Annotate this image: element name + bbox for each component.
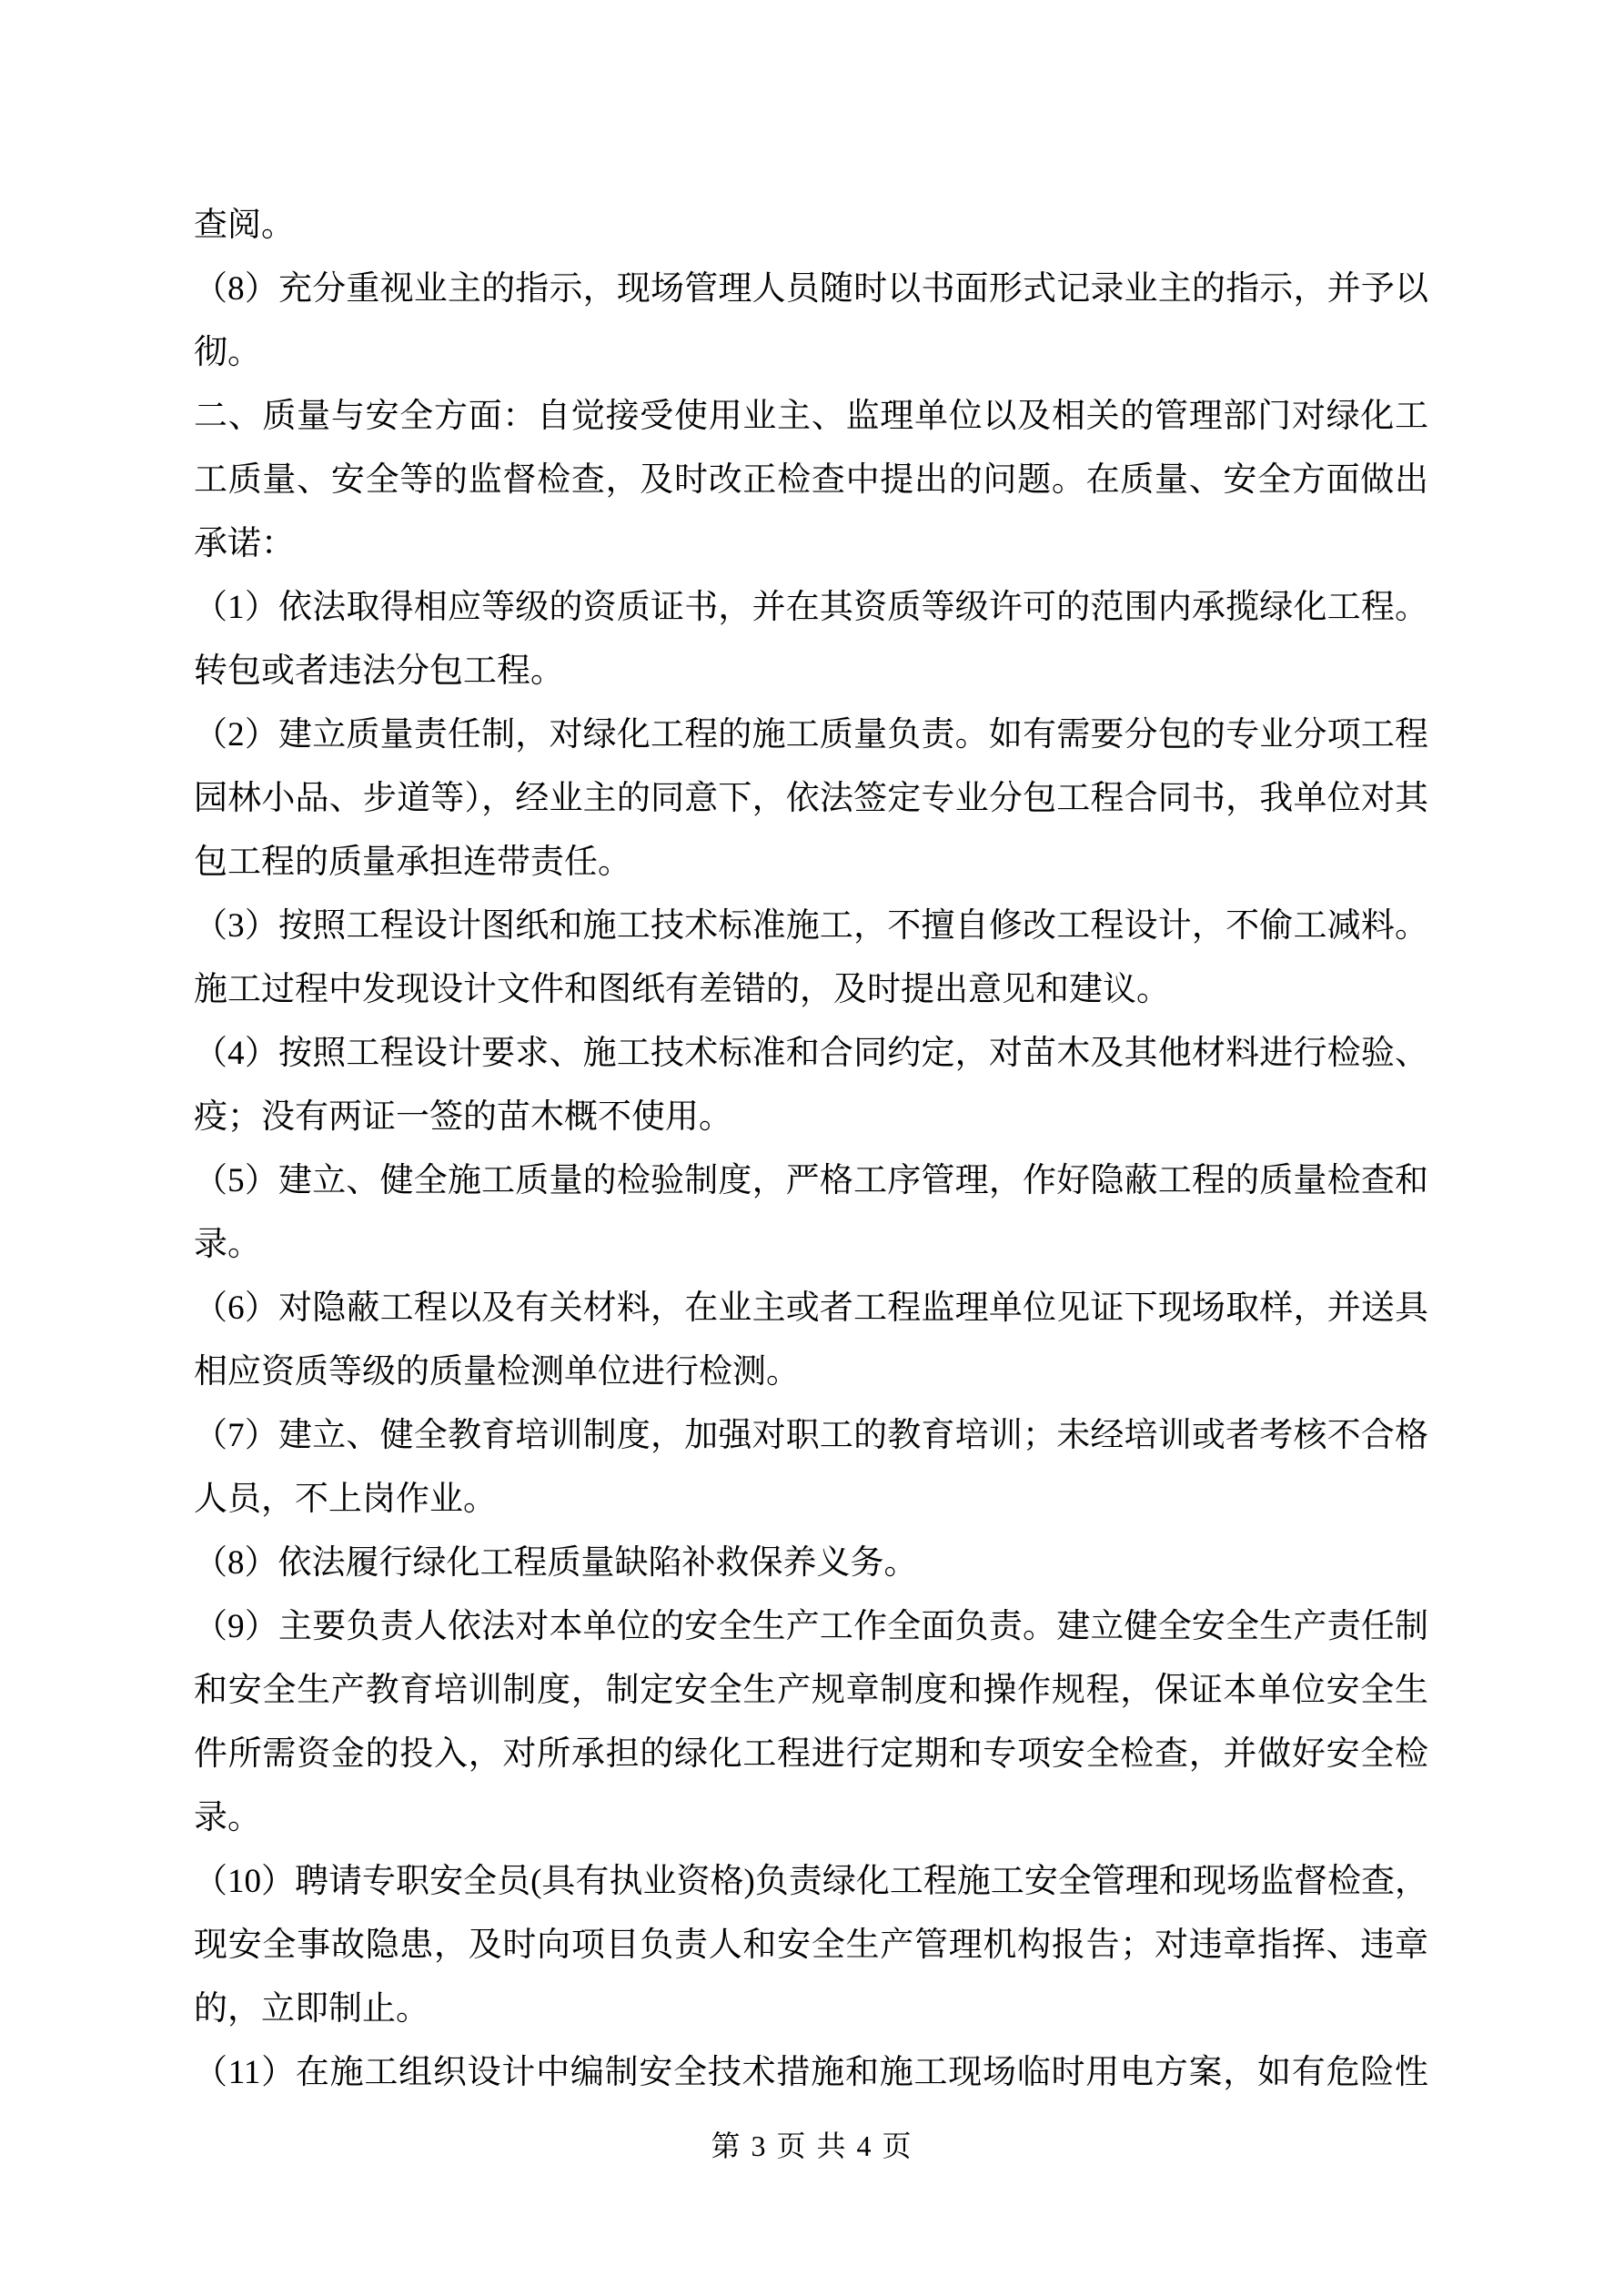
text-line: 转包或者违法分包工程。: [194, 640, 1428, 703]
text-line: 查阅。: [194, 194, 1428, 258]
text-line: （5）建立、健全施工质量的检验制度，严格工序管理，作好隐蔽工程的质量检查和记: [194, 1149, 1428, 1213]
text-line: （2）建立质量责任制，对绿化工程的施工质量负责。如有需要分包的专业分项工程（如: [194, 703, 1428, 767]
text-line: 的，立即制止。: [194, 1977, 1428, 2041]
text-line: （7）建立、健全教育培训制度，加强对职工的教育培训；未经培训或者考核不合格的: [194, 1404, 1428, 1468]
text-line: 和安全生产教育培训制度，制定安全生产规章制度和操作规程，保证本单位安全生产条: [194, 1659, 1428, 1723]
text-line: （6）对隐蔽工程以及有关材料，在业主或者工程监理单位见证下现场取样，并送具有: [194, 1277, 1428, 1340]
text-line: （10）聘请专职安全员(具有执业资格)负责绿化工程施工安全管理和现场监督检查，发: [194, 1850, 1428, 1914]
text-line: （11）在施工组织设计中编制安全技术措施和施工现场临时用电方案，如有危险性较大: [194, 2041, 1428, 2105]
text-line: 录。: [194, 1786, 1428, 1850]
text-line: 相应资质等级的质量检测单位进行检测。: [194, 1340, 1428, 1404]
text-line: 园林小品、步道等），经业主的同意下，依法签定专业分包工程合同书，我单位对其分: [194, 767, 1428, 831]
text-line: （8）依法履行绿化工程质量缺陷补救保养义务。: [194, 1532, 1428, 1595]
text-line: 承诺：: [194, 512, 1428, 576]
text-line: 件所需资金的投入，对所承担的绿化工程进行定期和专项安全检查，并做好安全检查记: [194, 1723, 1428, 1786]
text-line: 人员，不上岗作业。: [194, 1468, 1428, 1532]
text-line: 录。: [194, 1213, 1428, 1277]
text-line: （9）主要负责人依法对本单位的安全生产工作全面负责。建立健全安全生产责任制度: [194, 1595, 1428, 1659]
text-line: （3）按照工程设计图纸和施工技术标准施工，不擅自修改工程设计，不偷工减料。在: [194, 895, 1428, 958]
text-line: 二、质量与安全方面：自觉接受使用业主、监理单位以及相关的管理部门对绿化工程施: [194, 385, 1428, 449]
text-line: （8）充分重视业主的指示，现场管理人员随时以书面形式记录业主的指示，并予以贯: [194, 258, 1428, 321]
page-number: 第 3 页 共 4 页: [0, 2128, 1624, 2164]
text-line: 现安全事故隐患，及时向项目负责人和安全生产管理机构报告；对违章指挥、违章操作: [194, 1914, 1428, 1977]
text-line: 疫；没有两证一签的苗木概不使用。: [194, 1086, 1428, 1149]
text-line: 施工过程中发现设计文件和图纸有差错的，及时提出意见和建议。: [194, 958, 1428, 1022]
text-line: 工质量、安全等的监督检查，及时改正检查中提出的问题。在质量、安全方面做出以下: [194, 449, 1428, 512]
text-line: （4）按照工程设计要求、施工技术标准和合同约定，对苗木及其他材料进行检验、检: [194, 1022, 1428, 1086]
text-line: （1）依法取得相应等级的资质证书，并在其资质等级许可的范围内承揽绿化工程。不: [194, 576, 1428, 640]
text-line: 彻。: [194, 321, 1428, 385]
text-line: 包工程的质量承担连带责任。: [194, 831, 1428, 895]
document-body: 查阅。（8）充分重视业主的指示，现场管理人员随时以书面形式记录业主的指示，并予以…: [194, 194, 1428, 2105]
document-page: 查阅。（8）充分重视业主的指示，现场管理人员随时以书面形式记录业主的指示，并予以…: [0, 0, 1624, 2296]
